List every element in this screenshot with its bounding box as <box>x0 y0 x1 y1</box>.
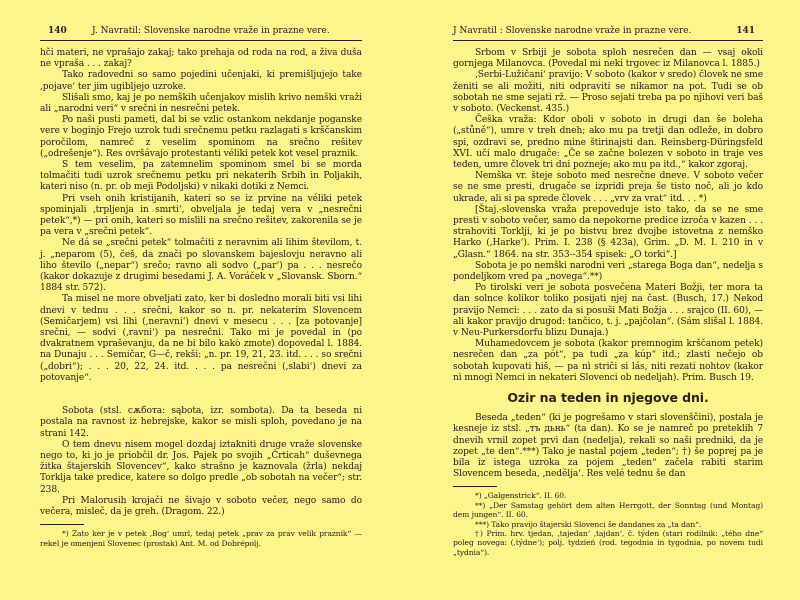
footnotes: *) „Galgenstrick“. II. 60. **) „Der Sams… <box>453 491 763 557</box>
page-number: 140 <box>48 24 67 38</box>
paragraph: hči materi, ne vprašajo zakaj; tako preh… <box>40 48 362 70</box>
footnotes: *) Zato ker je v petek ‚Bog‘ umrl, tedaj… <box>40 529 362 548</box>
paragraph: ‚Serbi-Lužičani‘ pravijo: V soboto (kako… <box>453 70 763 115</box>
paragraph: Muhamedovcem je sobota (kakor premnogim … <box>453 339 763 384</box>
paragraph: Ne dá se „srečni petek“ tolmačiti z nera… <box>40 238 362 294</box>
right-page-body: Srbom v Srbiji je sobota sploh nesrečen … <box>453 48 763 557</box>
spacer <box>40 384 362 406</box>
running-head: J. Navratil: Slovenske narodne vraže in … <box>92 24 330 38</box>
right-page: J Navratil : Slovenske narodne vraže in … <box>453 0 763 600</box>
paragraph: Nemška vr. šteje soboto med nesrečne dne… <box>453 171 763 205</box>
footnote: †) Prim. hrv. tjedan, ‚tajedan‘ ‚tajdan‘… <box>453 529 763 557</box>
footnote: *) Zato ker je v petek ‚Bog‘ umrl, tedaj… <box>40 529 362 548</box>
right-page-header: J Navratil : Slovenske narodne vraže in … <box>453 24 763 41</box>
footnote: ***) Tako pravijo štajerski Slovenci še … <box>453 520 763 529</box>
paragraph-malorusih: Pri Malorusih krojači ne šivajo v soboto… <box>40 496 362 518</box>
left-page: 140 J. Navratil: Slovenske narodne vraže… <box>40 0 362 600</box>
footnote: **) „Der Samstag gehört dem alten Herrgo… <box>453 501 763 520</box>
paragraph: Češka vraža: Kdor oboli v soboto in drug… <box>453 115 763 171</box>
paragraph: Sobota je po nemški narodni veri „stareg… <box>453 261 763 283</box>
paragraph: S tem veselim, pa zatemnelim spominom sm… <box>40 160 362 194</box>
footnote-divider <box>40 524 84 525</box>
paragraph: [Štaj.-slovenska vraža prepoveduje isto … <box>453 205 763 261</box>
paragraph: Pri vseh onih kristijanih, kateri so se … <box>40 194 362 239</box>
paragraph: Po naši pusti pameti, dal bi se vzlic os… <box>40 115 362 160</box>
left-page-header: 140 J. Navratil: Slovenske narodne vraže… <box>40 24 362 41</box>
paragraph: O tem dnevu nisem mogel dozdaj iztakniti… <box>40 440 362 496</box>
paragraph: Ta misel ne more obveljati zato, ker bi … <box>40 294 362 384</box>
paragraph-srbom: Srbom v Srbiji je sobota sploh nesrečen … <box>453 48 763 70</box>
left-page-body: hči materi, ne vprašajo zakaj; tako preh… <box>40 48 362 548</box>
section-title: Ozir na teden in njegove dni. <box>453 390 763 405</box>
paragraph: Beseda „teden“ (ki je pogrešamo v stari … <box>453 413 763 480</box>
paragraph: Slišali smo, kaj je po nemških učenjakov… <box>40 93 362 115</box>
paragraph: Po tirolski veri je sobota posvečena Mat… <box>453 283 763 339</box>
footnote: *) „Galgenstrick“. II. 60. <box>453 491 763 500</box>
running-head: J Navratil : Slovenske narodne vraže in … <box>453 24 691 38</box>
paragraph: Tako radovedni so samo pojedini učenjaki… <box>40 70 362 92</box>
footnote-divider <box>453 486 497 487</box>
paragraph-sobota: Sobota (stsl. сѫбота: sąbota, izr. sombo… <box>40 406 362 440</box>
page-number: 141 <box>736 24 755 38</box>
